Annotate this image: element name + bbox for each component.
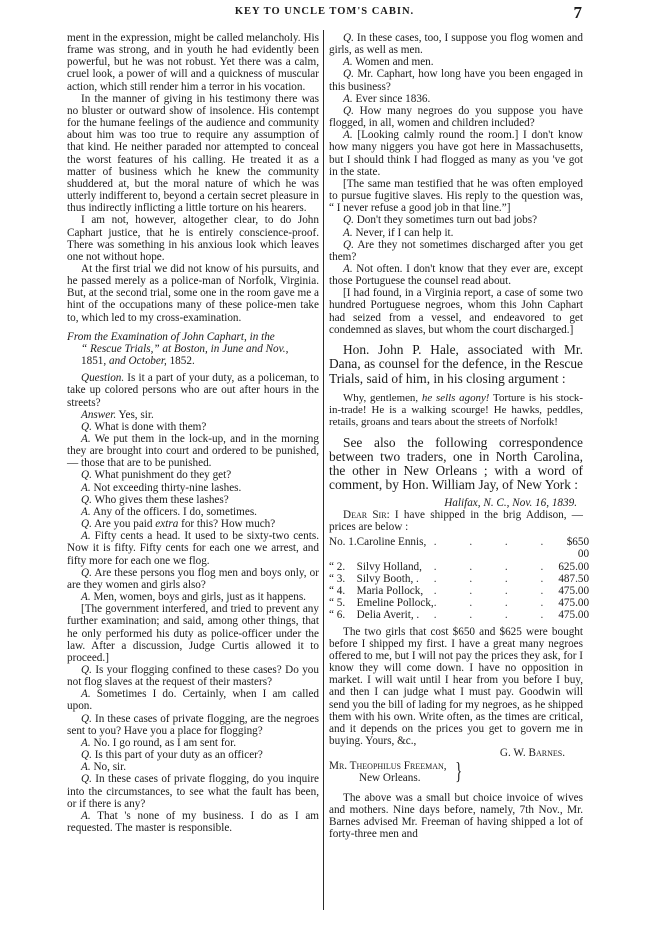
invoice-row: “ 6.Delia Averit, .. . . .475.00 [329,609,589,621]
invoice-name: Delia Averit, . [357,609,434,621]
invoice-no: “ 6. [329,609,357,621]
paragraph: In the manner of giving in his testimony… [67,93,319,215]
speaker-label: A. [81,433,91,445]
invoice-table: No. 1.Caroline Ennis,. . . .$650 00“ 2.S… [329,536,589,621]
speaker-label: A. [81,482,91,494]
invoice-price: 625.00 [558,561,589,573]
signature: G. W. Barnes. [329,747,583,759]
testimony-item: A. [Looking calmly round the room.] I do… [329,129,583,178]
invoice-row: “ 2.Silvy Holland,. . . .625.00 [329,561,589,573]
testimony-item: [The same man testified that he was ofte… [329,178,583,214]
testimony-text: Don't they sometimes turn out bad jobs? [357,214,537,226]
testimony-item: A. Men, women, boys and girls, just as i… [67,591,319,603]
speaker-label: Q. [81,469,92,481]
right-column: Q. In these cases, too, I suppose you fl… [329,32,583,840]
invoice-name: Silvy Booth, . [357,573,434,585]
testimony-text: [The government interfered, and tried to… [67,603,319,664]
invoice-price: 475.00 [558,609,589,621]
testimony-text: That 's none of my business. I do as I a… [67,810,319,834]
speaker-label: A. [343,227,353,239]
see-also-paragraph: See also the following correspondence be… [329,436,583,493]
column-divider [323,30,324,910]
invoice-row: No. 1.Caroline Ennis,. . . .$650 00 [329,536,589,560]
testimony-text: Ever since 1836. [355,93,430,105]
speaker-label: Q. [81,567,92,579]
letter-body: The two girls that cost $650 and $625 we… [329,626,583,748]
testimony-item: Question. Is it a part of your duty, as … [67,372,319,408]
paragraph: At the first trial we did not know of hi… [67,263,319,324]
speaker-label: A. [81,810,91,822]
testimony-item: A. Sometimes I do. Certainly, when I am … [67,688,319,712]
leader-dots: . . . . [434,585,559,597]
testimony-text: What punishment do they get? [95,469,232,481]
invoice-name: Caroline Ennis, [357,536,434,560]
speaker-label: Q. [343,214,354,226]
testimony-item: A. We put them in the lock-up, and in th… [67,433,319,469]
speaker-label: Q. [81,713,92,725]
invoice-no: “ 2. [329,561,357,573]
testimony-item: Q. What punishment do they get? [67,469,319,481]
testimony-text: [I had found, in a Virginia report, a ca… [329,287,583,335]
letter-dateline: Halifax, N. C., Nov. 16, 1839. [329,497,583,509]
speaker-label: Question. [81,372,124,384]
testimony-text: We put them in the lock-up, and in the m… [67,433,319,469]
testimony-text: No. I go round, as I am sent for. [93,737,236,749]
speaker-label: Q. [343,105,354,117]
speaker-label: Q. [81,664,92,676]
testimony-item: A. No. I go round, as I am sent for. [67,737,319,749]
leader-dots: . . . . [434,609,559,621]
speaker-label: Answer. [81,409,116,421]
testimony-item: Q. Is this part of your duty as an offic… [67,749,319,761]
testimony-text: [The same man testified that he was ofte… [329,178,583,214]
invoice-price: 487.50 [558,573,589,585]
running-head: KEY TO UNCLE TOM'S CABIN. [67,6,582,17]
left-column: ment in the expression, might be called … [67,32,319,834]
testimony-text: Women and men. [355,56,433,68]
testimony-item: Q. Are you paid extra for this? How much… [67,518,319,530]
speaker-label: Q. [81,749,92,761]
testimony-item: Q. Are they not sometimes discharged aft… [329,239,583,263]
speaker-label: A. [81,530,91,542]
testimony-text: Never, if I can help it. [355,227,453,239]
testimony-text: Fifty cents a head. It used to be sixty-… [67,530,319,566]
invoice-no: “ 4. [329,585,357,597]
testimony-text: Yes, sir. [119,409,154,421]
testimony-text: Are these persons you flog men and boys … [67,567,319,591]
testimony-text: Not often. I don't know that they ever a… [329,263,583,287]
testimony-text: Not exceeding thirty-nine lashes. [93,482,241,494]
testimony-item: Q. What is done with them? [67,421,319,433]
testimony-item: Q. In these cases of private flogging, a… [67,713,319,737]
testimony-text: [Looking calmly round the room.] I don't… [329,129,583,177]
speaker-label: A. [343,129,353,141]
hale-paragraph: Hon. John P. Hale, associated with Mr. D… [329,343,583,386]
closing-paragraph: The above was a small but choice invoice… [329,792,583,841]
invoice-name: Silvy Holland, [357,561,434,573]
addressee: Mr. Theophilus Freeman, New Orleans. } [329,760,583,784]
invoice-name: Emeline Pollock, [357,597,434,609]
speaker-label: Q. [343,32,354,44]
invoice-row: “ 3.Silvy Booth, .. . . .487.50 [329,573,589,585]
testimony-text: Is this part of your duty as an officer? [95,749,263,761]
invoice-no: No. 1. [329,536,357,560]
speaker-label: Q. [81,494,92,506]
testimony-item: A. Not exceeding thirty-nine lashes. [67,482,319,494]
speaker-label: A. [343,263,353,275]
testimony-item: A. Fifty cents a head. It used to be six… [67,530,319,566]
testimony-text: How many negroes do you suppose you have… [329,105,583,129]
paragraph: ment in the expression, might be called … [67,32,319,93]
testimony-item: Q. Don't they sometimes turn out bad job… [329,214,583,226]
speaker-label: A. [81,688,91,700]
speaker-label: Q. [343,68,354,80]
page-number: 7 [574,3,583,23]
testimony-text: No, sir. [93,761,126,773]
testimony-item: Q. Who gives them these lashes? [67,494,319,506]
testimony-item: Q. Is your flogging confined to these ca… [67,664,319,688]
leader-dots: . . . . [434,561,559,573]
brace-icon: } [455,761,462,783]
invoice-name: Maria Pollock, [357,585,434,597]
testimony-item: A. Never, if I can help it. [329,227,583,239]
testimony-item: A. Any of the officers. I do, sometimes. [67,506,319,518]
testimony-item: A. Women and men. [329,56,583,68]
testimony-item: Q. In these cases, too, I suppose you fl… [329,32,583,56]
testimony-item: A. That 's none of my business. I do as … [67,810,319,834]
testimony-text: Is your flogging confined to these cases… [67,664,319,688]
testimony-item: Q. Mr. Caphart, how long have you been e… [329,68,583,92]
invoice-row: “ 5.Emeline Pollock,. . . .475.00 [329,597,589,609]
speaker-label: A. [343,93,353,105]
testimony-text: In these cases of private flogging, do y… [67,773,319,809]
leader-dots: . . . . [434,597,559,609]
letter-opening: Dear Sir: I have shipped in the brig Add… [329,509,583,533]
testimony-item: Answer. Yes, sir. [67,409,319,421]
invoice-row: “ 4.Maria Pollock,. . . .475.00 [329,585,589,597]
testimony-item: [The government interfered, and tried to… [67,603,319,664]
speaker-label: A. [343,56,353,68]
testimony-text: What is done with them? [95,421,207,433]
testimony-item: Q. Are these persons you flog men and bo… [67,567,319,591]
testimony-text: Mr. Caphart, how long have you been en­g… [329,68,583,92]
hale-quote: Why, gentlemen, he sells agony! Torture … [329,393,583,429]
leader-dots: . . . . [434,573,559,585]
paragraph: I am not, however, altogether clear, to … [67,214,319,263]
page-header: KEY TO UNCLE TOM'S CABIN. 7 [67,6,582,24]
speaker-label: Q. [343,239,354,251]
invoice-price: $650 00 [558,536,589,560]
testimony-list: Q. In these cases, too, I suppose you fl… [329,32,583,336]
testimony-item: Q. How many negroes do you suppose you h… [329,105,583,129]
testimony-item: A. No, sir. [67,761,319,773]
testimony-text: Sometimes I do. Certainly, when I am cal… [67,688,319,712]
speaker-label: A. [81,506,91,518]
speaker-label: Q. [81,518,92,530]
speaker-label: A. [81,591,91,603]
source-citation: From the Examination of John Caphart, in… [67,331,319,367]
testimony-text: In these cases of private flogging, are … [67,713,319,737]
testimony-text: Are they not sometimes discharged after … [329,239,583,263]
testimony-item: [I had found, in a Virginia report, a ca… [329,287,583,336]
testimony-text: Men, women, boys and girls, just as it h… [93,591,306,603]
testimony-item: Q. In these cases of private flogging, d… [67,773,319,809]
leader-dots: . . . . [434,536,559,560]
invoice-price: 475.00 [558,597,589,609]
speaker-label: A. [81,761,91,773]
testimony-list: Question. Is it a part of your duty, as … [67,372,319,834]
testimony-text: Who gives them these lashes? [95,494,229,506]
speaker-label: A. [81,737,91,749]
invoice-price: 475.00 [558,585,589,597]
invoice-no: “ 5. [329,597,357,609]
testimony-item: A. Not often. I don't know that they eve… [329,263,583,287]
speaker-label: Q. [81,421,92,433]
testimony-item: A. Ever since 1836. [329,93,583,105]
invoice-no: “ 3. [329,573,357,585]
testimony-text: In these cases, too, I suppose you flog … [329,32,583,56]
testimony-text: Any of the officers. I do, sometimes. [93,506,257,518]
speaker-label: Q. [81,773,92,785]
